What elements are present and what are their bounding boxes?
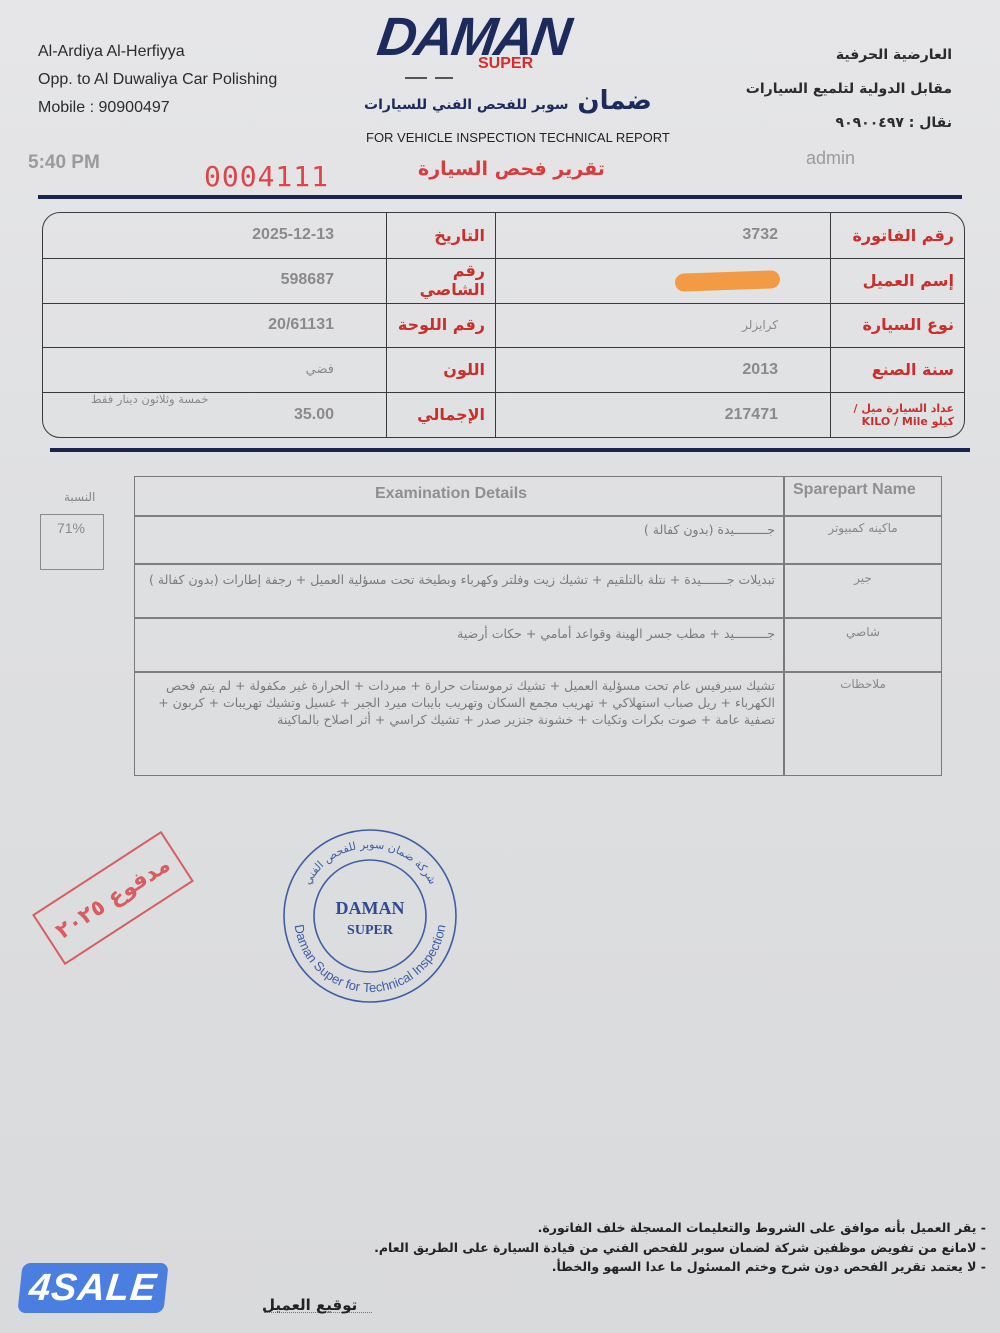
english-address: Al-Ardiya Al-Herfiyya Opp. to Al Duwaliy… (38, 38, 277, 122)
info-label: رقم الفاتورة (830, 213, 964, 258)
term-item: - لا يعتمد تقرير الفحص دون شرح وختم المس… (374, 1257, 986, 1277)
info-label: اللون (386, 347, 495, 392)
column-divider (495, 213, 496, 437)
table-row: شاصي جـــــــــيد + مطب جسر الهينة وقواع… (135, 619, 941, 673)
report-title-en: FOR VEHICLE INSPECTION TECHNICAL REPORT (366, 130, 670, 145)
table-row: جير تبديلات جـــــــيدة + نتلة بالتلقيم … (135, 565, 941, 619)
info-value: 20/61131 (43, 303, 386, 348)
info-row: خمسة وثلاثون دينار فقط35.00الإجمالي21747… (43, 392, 964, 438)
info-value: 598687 (43, 258, 386, 303)
divider (50, 448, 970, 452)
company-seal-icon: شركة ضمان سوبر للفحص الفني Daman Super f… (280, 826, 460, 1006)
part-details: تبديلات جـــــــيدة + نتلة بالتلقيم + تش… (143, 571, 775, 588)
address-line: Opp. to Al Duwaliya Car Polishing (38, 66, 277, 94)
divider (38, 195, 962, 199)
arabic-address: العارضية الحرفية مقابل الدولية لتلميع ال… (746, 38, 952, 140)
examination-table: Examination Details Sparepart Name ماكين… (134, 476, 942, 776)
info-value: 217471 (495, 392, 830, 437)
part-name: ماكينه كمبيوتر (785, 521, 941, 535)
info-value: 35.00 (43, 392, 386, 437)
info-label: التاريخ (386, 213, 495, 258)
info-row: 20/61131رقم اللوحةكرايزلرنوع السيارة (43, 303, 964, 349)
serial-number: 0004111 (204, 160, 329, 193)
part-name: ملاحظات (785, 677, 941, 691)
part-name: شاصي (785, 625, 941, 639)
info-row: فضياللون2013سنة الصنع (43, 347, 964, 393)
signature-label: توقيع العميل (262, 1296, 372, 1314)
svg-text:SUPER: SUPER (347, 923, 394, 938)
print-time: 5:40 PM (28, 152, 100, 174)
info-label: إسم العميل (830, 258, 964, 303)
table-row: ملاحظات تشيك سيرفيس عام تحت مسؤلية العمي… (135, 673, 941, 773)
info-label: رقم اللوحة (386, 303, 495, 348)
redacted-name (675, 270, 781, 292)
user-name: admin (806, 148, 855, 169)
watermark-badge: 4SALE (17, 1263, 168, 1313)
info-label: عداد السيارة ميل / كيلو KILO / Mile (830, 392, 964, 437)
mobile-line: نقال : ٩٠٩٠٠٤٩٧ (746, 106, 952, 140)
info-value: 2025-12-13 (43, 213, 386, 258)
mobile-line: Mobile : 90900497 (38, 94, 277, 122)
info-label: نوع السيارة (830, 303, 964, 348)
brand-sub: SUPER (478, 55, 533, 73)
info-label: الإجمالي (386, 392, 495, 437)
percent-label: النسبة (64, 490, 95, 504)
info-label: سنة الصنع (830, 347, 964, 392)
table-header: Examination Details Sparepart Name (135, 477, 941, 517)
column-divider (386, 213, 387, 437)
header-part: Sparepart Name (793, 481, 916, 499)
table-row: ماكينه كمبيوتر جـــــــــيدة (بدون كفالة… (135, 515, 941, 565)
part-details: جـــــــــيد + مطب جسر الهينة وقواعد أما… (143, 625, 775, 642)
brand-logo: DAMAN (374, 6, 574, 68)
header-details: Examination Details (375, 485, 527, 503)
address-line: العارضية الحرفية (746, 38, 952, 72)
terms-list: - يقر العميل بأنه موافق على الشروط والتع… (374, 1218, 986, 1277)
info-value: 2013 (495, 347, 830, 392)
svg-text:DAMAN: DAMAN (336, 898, 405, 918)
vehicle-info-table: 2025-12-13التاريخ3732رقم الفاتورة598687ر… (42, 212, 965, 438)
column-divider (830, 213, 831, 437)
percent-value: 71% (40, 520, 102, 536)
report-title-ar: تقرير فحص السيارة (418, 158, 605, 180)
info-value: كرايزلر (495, 303, 830, 348)
paid-stamp: مدفوع ٢٠٢٥ (32, 831, 194, 965)
info-value: فضي (43, 347, 386, 392)
address-line: Al-Ardiya Al-Herfiyya (38, 38, 277, 66)
info-row: 598687رقم الشاصيإسم العميل (43, 258, 964, 304)
info-value: 3732 (495, 213, 830, 258)
part-name: جير (785, 571, 941, 585)
arabic-logo: ضمان سوبر للفحص الفني للسيارات (338, 86, 678, 116)
info-row: 2025-12-13التاريخ3732رقم الفاتورة (43, 213, 964, 259)
arabic-logo-big: ضمان (577, 86, 652, 116)
address-line: مقابل الدولية لتلميع السيارات (746, 72, 952, 106)
info-label: رقم الشاصي (386, 258, 495, 303)
part-details: تشيك سيرفيس عام تحت مسؤلية العميل + تشيك… (143, 677, 775, 728)
logo-decoration-icon (405, 67, 465, 71)
part-details: جـــــــــيدة (بدون كفالة ) (143, 521, 795, 538)
term-item: - لامانع من تفويض موظفين شركة لضمان سوبر… (374, 1238, 986, 1258)
arabic-logo-small: سوبر للفحص الفني للسيارات (364, 97, 569, 113)
term-item: - يقر العميل بأنه موافق على الشروط والتع… (374, 1218, 986, 1238)
